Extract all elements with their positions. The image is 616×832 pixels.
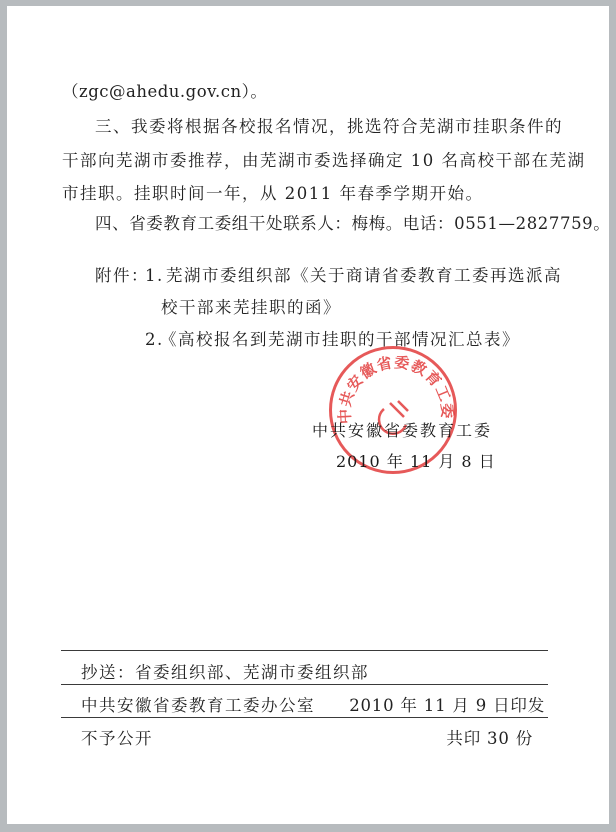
cc-recipients: 省委组织部、芜湖市委组织部 bbox=[135, 663, 369, 683]
issue-date: 2010 年 11 月 9 日印发 bbox=[347, 696, 545, 716]
cc-label: 抄送： bbox=[81, 663, 135, 683]
issuing-office: 中共安徽省委教育工委办公室 bbox=[81, 696, 315, 716]
item-3-line-1: 三、我委将根据各校报名情况，挑选符合芜湖市挂职条件的 bbox=[95, 117, 563, 137]
item-3-line-2: 干部向芜湖市委推荐，由芜湖市委选择确定 10 名高校干部在芜湖 bbox=[62, 151, 586, 171]
signature-organization: 中共安徽省委教育工委 bbox=[312, 421, 492, 441]
svg-text:中共安徽省委教育工委: 中共安徽省委教育工委 bbox=[336, 353, 457, 424]
item-4-contact: 四、省委教育工委组干处联系人：梅梅。电话：0551—2827759。 bbox=[95, 214, 610, 234]
email-line: （zgc@ahedu.gov.cn）。 bbox=[62, 82, 267, 102]
copies-printed: 共印 30 份 bbox=[407, 729, 533, 749]
attachment-1-line-1: 芜湖市委组织部《关于商请省委教育工委再选派高 bbox=[166, 266, 562, 286]
attachment-1-number: 1. bbox=[145, 266, 164, 286]
attachment-2-title: 《高校报名到芜湖市挂职的干部情况汇总表》 bbox=[160, 330, 520, 350]
disclosure-status: 不予公开 bbox=[81, 729, 153, 749]
footer-rule-bottom bbox=[61, 717, 548, 718]
document-page: （zgc@ahedu.gov.cn）。 三、我委将根据各校报名情况，挑选符合芜湖… bbox=[7, 6, 609, 824]
attachments-label: 附件： bbox=[95, 266, 149, 286]
item-3-line-3: 市挂职。挂职时间一年，从 2011 年春季学期开始。 bbox=[62, 184, 483, 204]
signature-date: 2010 年 11 月 8 日 bbox=[336, 452, 496, 472]
attachment-1-line-2: 校干部来芜挂职的函》 bbox=[161, 298, 341, 318]
footer-rule-top bbox=[61, 650, 548, 651]
footer-rule-middle bbox=[61, 684, 548, 685]
